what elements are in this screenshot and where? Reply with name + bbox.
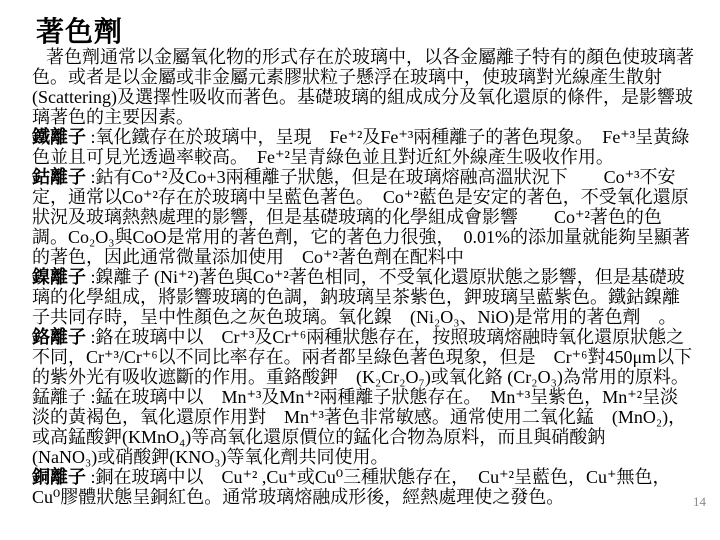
slide: 著色劑 著色劑通常以金屬氧化物的形式存在於玻璃中，以各金屬離子特有的顏色使玻璃著… [0, 0, 720, 540]
section-manganese-separator: : [86, 387, 96, 407]
section-manganese-header: 錳離子 [32, 387, 86, 407]
section-iron-body: 氧化鐵存在於玻璃中，呈現 Fe⁺²及Fe⁺³兩種離子的著色現象。 Fe⁺³呈黃綠… [32, 127, 689, 167]
section-cobalt: 鈷離子 :鈷有Co⁺²及Co+3兩種離子狀態，但是在玻璃熔融高溫狀況下 Co⁺³… [32, 167, 694, 267]
section-manganese: 錳離子 :錳在玻璃中以 Mn⁺³及Mn⁺²兩種離子狀態存在。 Mn⁺³呈紫色，M… [32, 387, 694, 467]
section-manganese-body: 錳在玻璃中以 Mn⁺³及Mn⁺²兩種離子狀態存在。 Mn⁺³呈紫色，Mn⁺²呈淡… [32, 387, 686, 467]
section-iron: 鐵離子 :氧化鐵存在於玻璃中，呈現 Fe⁺²及Fe⁺³兩種離子的著色現象。 Fe… [32, 127, 694, 167]
section-copper: 銅離子 :銅在玻璃中以 Cu⁺² ,Cu⁺或Cu⁰三種狀態存在， Cu⁺²呈藍色… [32, 467, 694, 507]
page-number: 14 [693, 494, 706, 510]
section-iron-header: 鐵離子 [32, 127, 86, 147]
section-nickel-header: 鎳離子 [32, 267, 86, 287]
intro-paragraph: 著色劑通常以金屬氧化物的形式存在於玻璃中，以各金屬離子特有的顏色使玻璃著色。或者… [32, 47, 694, 127]
section-nickel-separator: : [86, 267, 96, 287]
section-cobalt-separator: : [86, 167, 96, 187]
section-chromium-separator: : [86, 327, 96, 347]
section-chromium-body: 鉻在玻璃中以 Cr⁺³及Cr⁺⁶兩種狀態存在，按照玻璃熔融時氧化還原狀態之不同，… [32, 327, 692, 387]
section-copper-separator: : [86, 467, 96, 487]
section-cobalt-body: 鈷有Co⁺²及Co+3兩種離子狀態，但是在玻璃熔融高溫狀況下 Co⁺³不安定，通… [32, 167, 690, 267]
section-chromium: 鉻離子 :鉻在玻璃中以 Cr⁺³及Cr⁺⁶兩種狀態存在，按照玻璃熔融時氧化還原狀… [32, 327, 694, 387]
section-chromium-header: 鉻離子 [32, 327, 86, 347]
section-nickel-body: 鎳離子 (Ni⁺²)著色與Co⁺²著色相同，不受氧化還原狀態之影響，但是基礎玻璃… [32, 267, 685, 327]
section-nickel: 鎳離子 :鎳離子 (Ni⁺²)著色與Co⁺²著色相同，不受氧化還原狀態之影響，但… [32, 267, 694, 327]
slide-title: 著色劑 [36, 10, 123, 50]
section-copper-header: 銅離子 [32, 467, 86, 487]
slide-body: 著色劑通常以金屬氧化物的形式存在於玻璃中，以各金屬離子特有的顏色使玻璃著色。或者… [32, 47, 694, 507]
section-cobalt-header: 鈷離子 [32, 167, 86, 187]
section-copper-body: 銅在玻璃中以 Cu⁺² ,Cu⁺或Cu⁰三種狀態存在， Cu⁺²呈藍色，Cu⁺無… [32, 467, 671, 507]
section-iron-separator: : [86, 127, 96, 147]
